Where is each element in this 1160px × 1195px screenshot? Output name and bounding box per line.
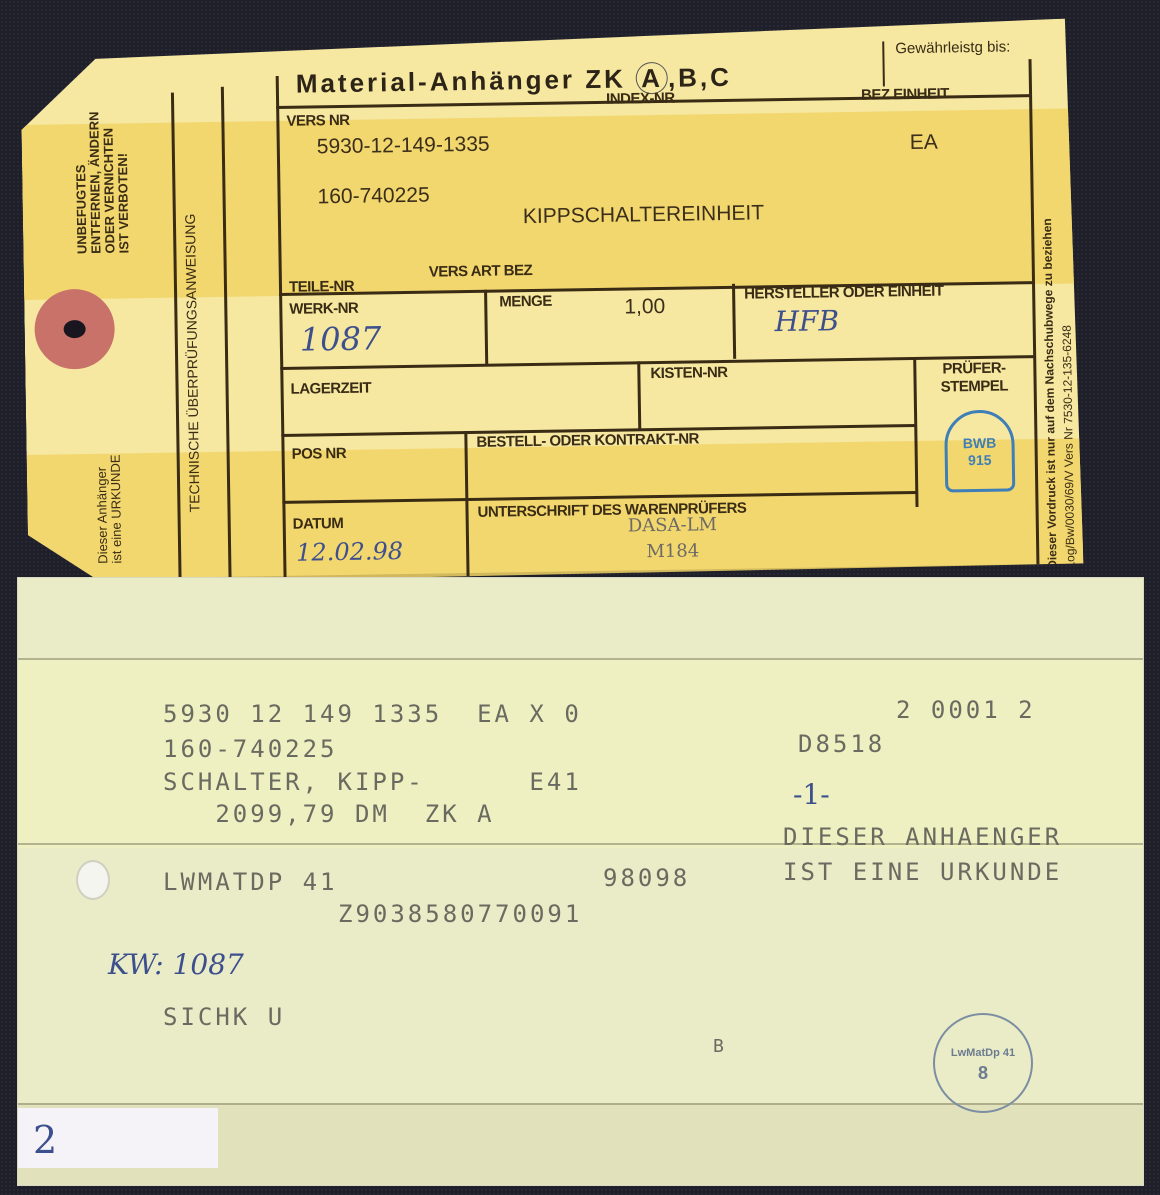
d-code-line: D8518: [798, 730, 885, 758]
part-number-line: 160-740225: [163, 735, 338, 763]
date-code-line: 98098: [603, 864, 690, 892]
datum-label: DATUM: [293, 515, 344, 533]
item-description: KIPPSCHALTEREINHEIT: [523, 201, 765, 229]
warranty-label: Gewährleistg bis:: [895, 39, 1015, 56]
divider: [637, 361, 641, 429]
serial-line: Z9038580770091: [338, 900, 582, 928]
location-line: LWMATDP 41: [163, 868, 338, 896]
bez-einheit-label: BEZ EINHEIT: [861, 85, 949, 103]
vers-art-bez-label: VERS ART BEZ: [429, 262, 533, 281]
index-nr-label: INDEX-NR: [606, 90, 675, 108]
dasa-signature-stamp: DASA-LMM184: [628, 512, 718, 565]
supply-note: Dieser Vordruck ist nur auf dem Nachschu…: [1036, 58, 1080, 569]
price-line: 2099,79 DM ZK A: [163, 800, 495, 828]
kisten-nr-label: KISTEN-NR: [650, 364, 727, 382]
material-tag: UNBEFUGTES ENTFERNEN, ÄNDERN ODER VERNIC…: [20, 18, 1083, 580]
werk-nr-label: WERK-NR: [289, 300, 358, 318]
vers-nr-label: VERS NR: [286, 112, 349, 130]
divider: [484, 290, 488, 365]
divider: [221, 87, 232, 582]
hersteller-label: HERSTELLER ODER EINHEIT: [744, 283, 944, 303]
lwmatdp-round-stamp: LwMatDp 41 8: [933, 1013, 1033, 1113]
punch-card-label: 5930 12 149 1335 EA X 0 2 0001 2 160-740…: [18, 578, 1143, 1185]
handwritten-one: -1-: [793, 778, 830, 811]
divider: [276, 76, 287, 581]
document-note: Dieser Anhänger ist eine URKUNDE: [94, 413, 124, 563]
bwb-inspector-stamp: BWB915: [944, 409, 1015, 492]
eyelet-reinforcement: [34, 289, 115, 370]
menge-label: MENGE: [499, 293, 552, 311]
datum-handwritten: 12.02.98: [296, 537, 403, 567]
divider: [913, 357, 918, 507]
werk-nr-handwritten: 1087: [300, 319, 382, 358]
divider: [171, 93, 182, 583]
corner-number: 2: [33, 1118, 57, 1162]
pos-nr-label: POS NR: [291, 445, 346, 463]
divider: [732, 284, 736, 359]
bez-einheit-value: EA: [910, 131, 938, 155]
document-note-line-2: IST EINE URKUNDE: [783, 858, 1062, 886]
punch-hole: [76, 860, 110, 900]
document-note-line-1: DIESER ANHAENGER: [783, 823, 1062, 851]
handwritten-kw: KW: 1087: [108, 948, 244, 981]
inspection-instruction: TECHNISCHE ÜBERPRÜFUNGSANWEISUNG: [182, 132, 202, 512]
menge-value: 1,00: [624, 295, 665, 320]
code-line: 2 0001 2: [896, 696, 1036, 724]
warning-text: UNBEFUGTES ENTFERNEN, ÄNDERN ODER VERNIC…: [73, 103, 131, 254]
fold-line: [18, 658, 1143, 660]
divider: [882, 41, 885, 86]
description-line: SCHALTER, KIPP- E41: [163, 768, 582, 796]
security-line: SICHK U: [163, 1003, 285, 1031]
eyelet-hole: [63, 320, 85, 338]
vers-nr-value: 5930-12-149-1335: [317, 133, 490, 160]
bestell-label: BESTELL- ODER KONTRAKT-NR: [476, 430, 699, 450]
b-marker: B: [713, 1036, 727, 1057]
nsn-line: 5930 12 149 1335 EA X 0: [163, 700, 582, 728]
pruefer-stempel-label: PRÜFER-STEMPEL: [940, 360, 1008, 397]
part-number-value: 160-740225: [317, 184, 429, 210]
lagerzeit-label: LAGERZEIT: [290, 380, 371, 398]
divider: [464, 431, 469, 576]
hersteller-handwritten: HFB: [774, 304, 839, 338]
